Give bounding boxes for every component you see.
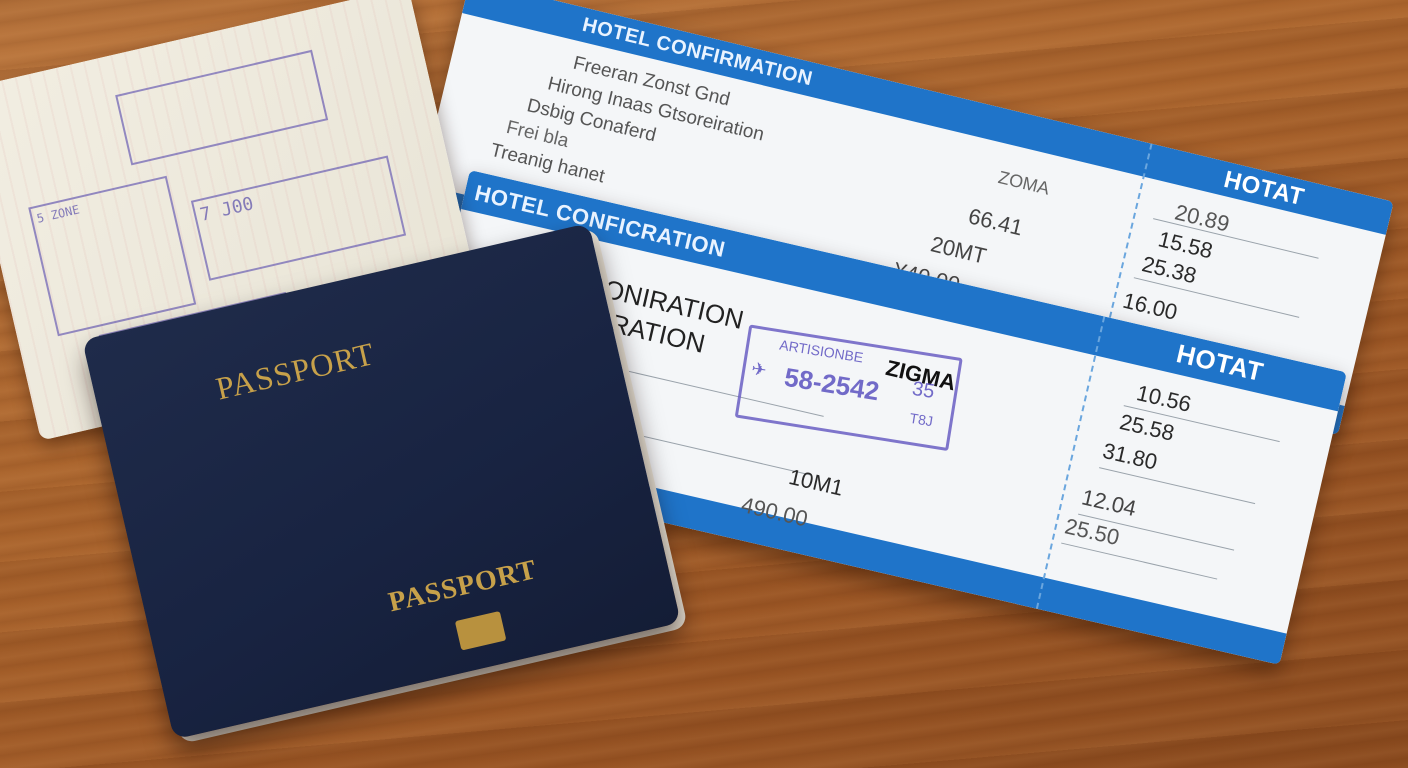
ink-stamp: ARTISIONBE 58-2542 35 T8J ✈: [735, 324, 963, 451]
ticket-perforation: [1036, 316, 1105, 609]
stamp-text: ARTISIONBE: [778, 337, 864, 366]
visa-stamp: [115, 50, 328, 166]
ticket-value: 66.41: [966, 203, 1026, 241]
biometric-chip-icon: [455, 611, 507, 651]
stub-value: 10.56: [1134, 380, 1194, 418]
plane-icon: ✈: [750, 358, 768, 381]
stamp-text: 7 J00: [198, 193, 256, 226]
stamp-number: 35: [910, 378, 936, 404]
passport-title: PASSPORT: [212, 335, 378, 407]
ticket-value: 10M1: [786, 464, 845, 502]
ticket-value: 20MT: [928, 231, 989, 269]
stamp-text: 5 ZONE: [35, 202, 80, 225]
stamp-text: T8J: [909, 410, 935, 429]
visa-stamp: 5 ZONE: [28, 176, 196, 337]
passport-title-lower: PASSPORT: [386, 554, 541, 619]
stamp-code: 58-2542: [782, 362, 881, 408]
ticket-label: ZOMA: [996, 167, 1051, 200]
visa-stamp: 7 J00: [191, 155, 406, 280]
divider: [1061, 543, 1217, 580]
